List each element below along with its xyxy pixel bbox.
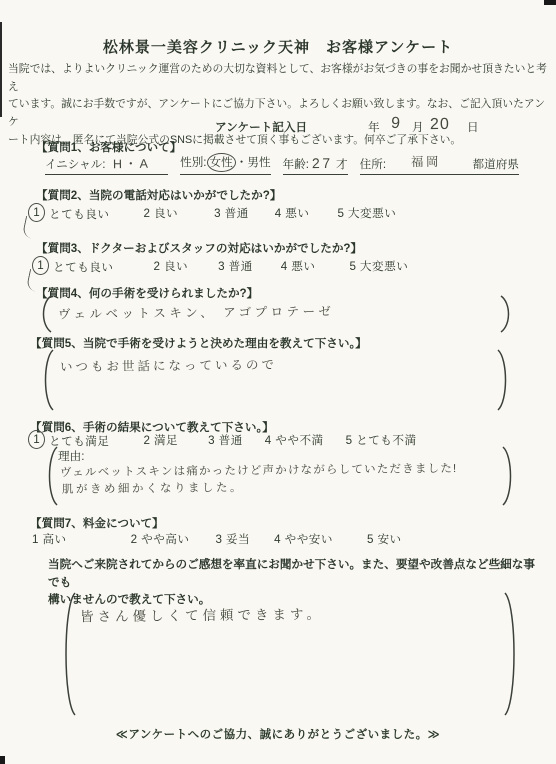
q2-option-4: 4悪い — [275, 205, 310, 221]
q6-option-4-num: 4 — [265, 434, 271, 447]
q1-fields-row: イニシャル: H・A 性別:女性・男性 年齢: 27 才 住所: 福岡 都道府県 — [45, 153, 519, 175]
q6-option-5-label: とても不満 — [356, 434, 416, 447]
handwritten-day-value: 20 — [430, 116, 450, 134]
q7-option-3-num: 3 — [216, 533, 222, 546]
q3-option-3: 3普通 — [218, 258, 253, 274]
q1-initial-field: イニシャル: H・A — [45, 154, 168, 175]
q6-selection-circle: 1 — [28, 430, 45, 449]
q3-option-4: 4悪い — [281, 258, 316, 274]
q2-option-4-num: 4 — [275, 207, 281, 220]
q2-option-2: 2良い — [143, 205, 178, 221]
q7-header: 【質問7、料金について】 — [30, 515, 164, 531]
q1-gender-field: 性別:女性・男性 — [180, 153, 270, 175]
q2-option-5: 5大変悪い — [337, 205, 396, 221]
handwritten-initial-value: H・A — [113, 154, 151, 172]
q2-option-2-label: 良い — [154, 207, 178, 220]
free-comment-handwritten: 皆さん優しくて信頼できます。 — [80, 603, 324, 626]
age-label: 年齢: — [283, 158, 309, 171]
bracket-right-icon — [495, 349, 511, 411]
q6-option-4-label: やや不満 — [275, 434, 323, 447]
q7-option-5: 5安い — [367, 531, 402, 547]
q6-option-2: 2満足 — [143, 432, 178, 448]
q3-option-5: 5大変悪い — [349, 258, 408, 274]
q7-option-3-label: 妥当 — [226, 533, 250, 546]
scan-artifact-bottom-left — [0, 756, 5, 764]
day-label: 日 — [467, 119, 479, 135]
q2-selection-circle: 1 — [28, 203, 45, 222]
q5-answer-handwritten: いつもお世話になっているので — [60, 355, 277, 375]
survey-scan-page: 松林景一美容クリニック天神 お客様アンケート 当院では、よりよいクリニック運営の… — [0, 0, 556, 764]
handwritten-age-value: 27 — [312, 155, 333, 171]
q6-reason-handwritten-line1: ヴェルベットスキンは痛かったけど声かけながらしていただきました! — [60, 460, 458, 480]
q3-selection-circle: 1 — [32, 256, 49, 275]
q7-option-5-num: 5 — [367, 533, 373, 546]
q6-option-3-label: 普通 — [219, 434, 243, 447]
gender-dot: ・ — [236, 156, 248, 169]
q7-option-4: 4やや安い — [274, 531, 333, 547]
q2-option-4-label: 悪い — [285, 207, 309, 220]
q7-options-row: 1高い 2やや高い 3妥当 4やや安い 5安い — [32, 531, 402, 547]
q6-option-5-num: 5 — [346, 434, 352, 447]
q6-option-4: 4やや不満 — [265, 432, 324, 448]
q3-option-1-label: とても良い — [53, 261, 113, 274]
bracket-right-icon — [502, 592, 520, 716]
q6-reason-label: 理由: — [58, 448, 84, 464]
q4-answer-handwritten: ヴェルベットスキン、 アゴプロテーゼ — [58, 302, 335, 323]
q3-options-row: 1とても良い 2良い 3普通 4悪い 5大変悪い — [32, 258, 408, 277]
q2-option-3-num: 3 — [214, 207, 220, 220]
form-title: 松林景一美容クリニック天神 お客様アンケート — [0, 36, 556, 57]
q5-header: 【質問5、当院で手術を受けようと決めた理由を教えて下さい。】 — [30, 335, 367, 351]
initial-label: イニシャル: — [45, 158, 106, 171]
q6-option-2-num: 2 — [143, 434, 149, 447]
q2-option-3: 3普通 — [214, 205, 249, 221]
handwritten-month-value: 9 — [390, 115, 401, 134]
bracket-left-icon — [38, 295, 54, 333]
free-comment-prompt: 当院へご来院されてからのご感想を率直にお聞かせ下さい。また、要望や改善点など些細… — [48, 556, 544, 609]
q3-option-4-num: 4 — [281, 260, 287, 273]
bracket-right-icon — [498, 295, 514, 333]
q6-option-5: 5とても不満 — [346, 432, 417, 448]
bracket-right-icon — [500, 446, 516, 506]
q2-options-row: 1とても良い 2良い 3普通 4悪い 5大変悪い — [28, 205, 396, 224]
q3-option-5-num: 5 — [349, 260, 355, 273]
gender-female-label: 女性 — [210, 156, 233, 169]
q2-option-2-num: 2 — [143, 207, 149, 220]
q2-option-3-label: 普通 — [225, 207, 249, 220]
q2-header: 【質問2、当院の電話対応はいかがでしたか?】 — [36, 187, 281, 203]
address-label: 住所: — [360, 158, 386, 171]
q3-option-5-label: 大変悪い — [360, 260, 408, 273]
q7-option-1: 1高い — [32, 531, 67, 547]
handwritten-address-value: 福岡 — [411, 152, 441, 170]
q7-option-4-num: 4 — [274, 533, 280, 546]
q2-option-5-label: 大変悪い — [348, 207, 396, 220]
address-unit: 都道府県 — [473, 158, 519, 171]
q1-address-field: 住所: 福岡 都道府県 — [360, 154, 519, 175]
q6-option-3: 3普通 — [208, 432, 243, 448]
q3-option-2: 2良い — [153, 258, 188, 274]
q7-option-4-label: やや安い — [285, 533, 333, 546]
q4-header: 【質問4、何の手術を受けられましたか?】 — [36, 285, 258, 301]
q7-option-2: 2やや高い — [131, 531, 190, 547]
year-label: 年 — [368, 119, 380, 135]
q2-option-5-num: 5 — [337, 207, 343, 220]
q2-option-1: 1とても良い — [28, 205, 109, 224]
q3-header: 【質問3、ドクターおよびスタッフの対応はいかがでしたか?】 — [36, 240, 362, 256]
q2-option-1-label: とても良い — [49, 208, 109, 221]
survey-date-label: アンケート記入日 — [215, 119, 307, 135]
q3-option-3-label: 普通 — [229, 260, 253, 273]
q1-age-field: 年齢: 27 才 — [283, 155, 348, 175]
gender-male-label: 男性 — [247, 156, 270, 169]
gender-label: 性別: — [180, 156, 206, 169]
gender-selection-circle: 女性 — [207, 153, 236, 172]
q3-option-1: 1とても良い — [32, 258, 113, 277]
q6-option-3-num: 3 — [208, 434, 214, 447]
q3-option-2-num: 2 — [153, 260, 159, 273]
q3-option-4-label: 悪い — [291, 260, 315, 273]
q3-option-3-num: 3 — [218, 260, 224, 273]
q6-options-row: 1とても満足 2満足 3普通 4やや不満 5とても不満 — [28, 432, 417, 451]
bracket-left-icon — [60, 592, 78, 716]
bracket-left-icon — [40, 349, 56, 411]
month-label: 月 — [412, 119, 424, 135]
age-unit: 才 — [336, 158, 348, 171]
q6-reason-handwritten-line2: 肌がきめ細かくなりました。 — [62, 479, 244, 497]
q7-option-5-label: 安い — [377, 533, 401, 546]
footer-thanks: ≪アンケートへのご協力、誠にありがとうございました。≫ — [0, 726, 556, 742]
q7-option-3: 3妥当 — [216, 531, 251, 547]
survey-date-row: アンケート記入日 年 9 月 20 日 — [0, 116, 556, 138]
q6-option-2-label: 満足 — [154, 434, 178, 447]
scan-artifact-top-right — [544, 0, 556, 5]
q7-option-2-num: 2 — [131, 533, 137, 546]
q7-option-2-label: やや高い — [141, 533, 189, 546]
q7-option-1-label: 高い — [42, 533, 66, 546]
q7-option-1-num: 1 — [32, 533, 38, 546]
q3-option-2-label: 良い — [164, 260, 188, 273]
